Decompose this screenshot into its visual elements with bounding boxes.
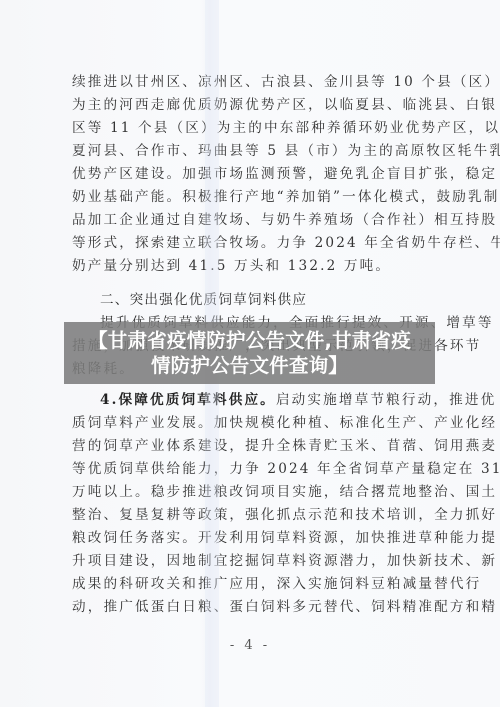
body-line: 动，推广低蛋白日粮、蛋白饲料多元替代、饲料精准配方和精 bbox=[72, 597, 424, 617]
title-banner: 【甘肃省疫情防护公告文件,甘肃省疫 情防护公告文件查询】 bbox=[64, 322, 435, 384]
body-line: 优势产区建设。加强市场监测预警，避免乳企盲目扩张，稳定 bbox=[72, 164, 424, 184]
body-line: 升项目建设，因地制宜挖掘饲草料资源潜力，加快新技术、新 bbox=[72, 551, 424, 571]
section-heading: 二、突出强化优质饲草饲料供应 bbox=[100, 290, 424, 310]
body-line: 粮改饲任务落实。开发利用饲草料资源，加快推进草种能力提 bbox=[72, 528, 424, 548]
body-line: 区等 11 个县（区）为主的中东部种养循环奶业优势产区，以 bbox=[72, 118, 424, 138]
page-number: - 4 - bbox=[0, 638, 500, 653]
banner-title-line-2: 情防护公告文件查询】 bbox=[64, 353, 435, 378]
body-line: 万吨以上。稳步推进粮改饲项目实施，结合撂荒地整治、国土 bbox=[72, 482, 424, 502]
body-line: 为主的河西走廊优质奶源优势产区，以临夏县、临洮县、白银 bbox=[72, 95, 424, 115]
item-4-lead: 4.保障优质饲草料供应。 bbox=[100, 392, 276, 408]
body-line: 质饲草料产业发展。加快规模化种植、标准化生产、产业化经 bbox=[72, 413, 424, 433]
body-line: 营的饲草产业体系建设，提升全株青贮玉米、苜蓿、饲用燕麦 bbox=[72, 436, 424, 456]
body-line: 成果的科研攻关和推广应用，深入实施饲料豆粕减量替代行 bbox=[72, 574, 424, 594]
body-line: 等形式，探索建立联合牧场。力争 2024 年全省奶牛存栏、牛 bbox=[72, 233, 424, 253]
item-4-text: 启动实施增草节粮行动，推进优 bbox=[276, 392, 496, 408]
body-line: 整治、复垦复耕等政策，强化抓点示范和技术培训，全力抓好 bbox=[72, 505, 424, 525]
body-line: 续推进以甘州区、凉州区、古浪县、金川县等 10 个县（区） bbox=[72, 72, 424, 92]
body-line: 品加工企业通过自建牧场、与奶牛养殖场（合作社）相互持股 bbox=[72, 210, 424, 230]
item-4-line: 4.保障优质饲草料供应。启动实施增草节粮行动，推进优 bbox=[100, 390, 424, 410]
body-line: 夏河县、合作市、玛曲县等 5 县（市）为主的高原牧区牦牛乳 bbox=[72, 141, 424, 161]
banner-title-line-1: 【甘肃省疫情防护公告文件,甘肃省疫 bbox=[64, 328, 435, 353]
body-line: 奶业基础产能。积极推行产地“养加销”一体化模式，鼓励乳制 bbox=[72, 187, 424, 207]
body-line: 等优质饲草供给能力，力争 2024 年全省饲草产量稳定在 3100 bbox=[72, 459, 424, 479]
body-line: 奶产量分别达到 41.5 万头和 132.2 万吨。 bbox=[72, 256, 424, 276]
